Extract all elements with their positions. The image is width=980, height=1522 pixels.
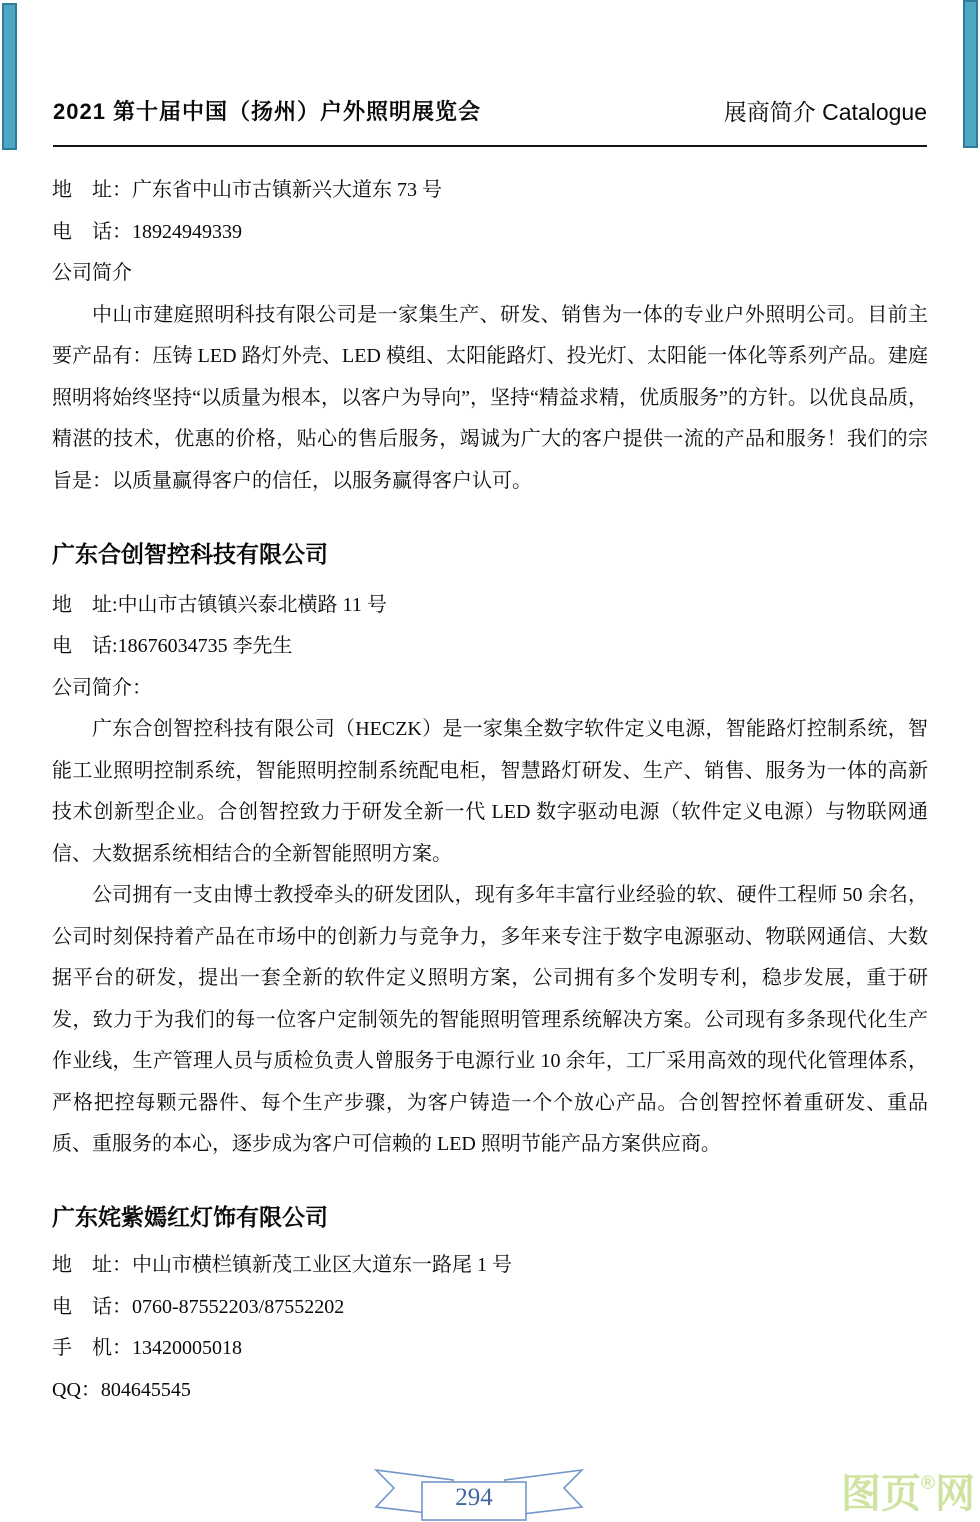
page-header: 2021 第十届中国（扬州）户外照明展览会 展商简介 Catalogue [53, 92, 927, 147]
contact-label: QQ： [52, 1379, 101, 1401]
phone-line: 电 话：18924949339 [52, 212, 928, 254]
address-line: 地 址：广东省中山市古镇新兴大道东 73 号 [52, 170, 928, 212]
intro-label: 公司简介 [52, 253, 928, 295]
exhibition-title: 2021 第十届中国（扬州）户外照明展览会 [53, 92, 481, 132]
contact-label: 地 址: [52, 594, 118, 616]
company-paragraph: 广东合创智控科技有限公司（HECZK）是一家集全数字软件定义电源，智能路灯控制系… [52, 709, 928, 875]
phone-line: 电 话:18676034735 李先生 [52, 626, 928, 668]
contact-value: 13420005018 [132, 1337, 242, 1359]
qq-line: QQ：804645545 [52, 1370, 928, 1412]
contact-value: 中山市古镇镇兴泰北横路 11 号 [118, 594, 387, 616]
watermark: 图页®网 [841, 1457, 975, 1521]
contact-value: 中山市横栏镇新茂工业区大道东一路尾 1 号 [132, 1254, 512, 1276]
right-accent-bar [963, 0, 978, 148]
contact-value: 804645545 [101, 1379, 191, 1401]
intro-label: 公司简介： [52, 668, 928, 710]
company-paragraph: 公司拥有一支由博士教授牵头的研发团队，现有多年丰富行业经验的软、硬件工程师 50… [52, 875, 928, 1166]
contact-value: 广东省中山市古镇新兴大道东 73 号 [132, 179, 442, 201]
company-section-2: 广东合创智控科技有限公司 地 址:中山市古镇镇兴泰北横路 11 号 电 话:18… [52, 534, 928, 1166]
contact-label: 电 话： [52, 1296, 132, 1318]
catalogue-title: 展商简介 Catalogue [724, 92, 927, 132]
contact-value: 18924949339 [132, 221, 242, 243]
registered-mark-icon: ® [921, 1473, 935, 1494]
contact-value: 0760-87552203/87552202 [132, 1296, 344, 1318]
page-number-ribbon: 294 [373, 1457, 585, 1521]
watermark-text: 图页 [841, 1472, 921, 1516]
company-name: 广东姹紫嫣红灯饰有限公司 [52, 1197, 928, 1239]
address-line: 地 址：中山市横栏镇新茂工业区大道东一路尾 1 号 [52, 1245, 928, 1287]
contact-label: 电 话： [52, 221, 132, 243]
contact-label: 地 址： [52, 1254, 132, 1276]
company-section-1: 地 址：广东省中山市古镇新兴大道东 73 号 电 话：18924949339 公… [52, 170, 928, 502]
company-name: 广东合创智控科技有限公司 [52, 534, 928, 576]
address-line: 地 址:中山市古镇镇兴泰北横路 11 号 [52, 585, 928, 627]
catalogue-content: 地 址：广东省中山市古镇新兴大道东 73 号 电 话：18924949339 公… [52, 170, 928, 1411]
contact-value: 18676034735 李先生 [118, 635, 293, 657]
contact-label: 地 址： [52, 179, 132, 201]
phone-line: 电 话：0760-87552203/87552202 [52, 1287, 928, 1329]
contact-label: 电 话: [52, 635, 118, 657]
watermark-text: 网 [935, 1472, 975, 1516]
contact-label: 手 机： [52, 1337, 132, 1359]
left-accent-bar [2, 3, 17, 150]
company-paragraph: 中山市建庭照明科技有限公司是一家集生产、研发、销售为一体的专业户外照明公司。目前… [52, 295, 928, 503]
page-number: 294 [422, 1483, 526, 1513]
mobile-line: 手 机：13420005018 [52, 1328, 928, 1370]
company-section-3: 广东姹紫嫣红灯饰有限公司 地 址：中山市横栏镇新茂工业区大道东一路尾 1 号 电… [52, 1197, 928, 1412]
